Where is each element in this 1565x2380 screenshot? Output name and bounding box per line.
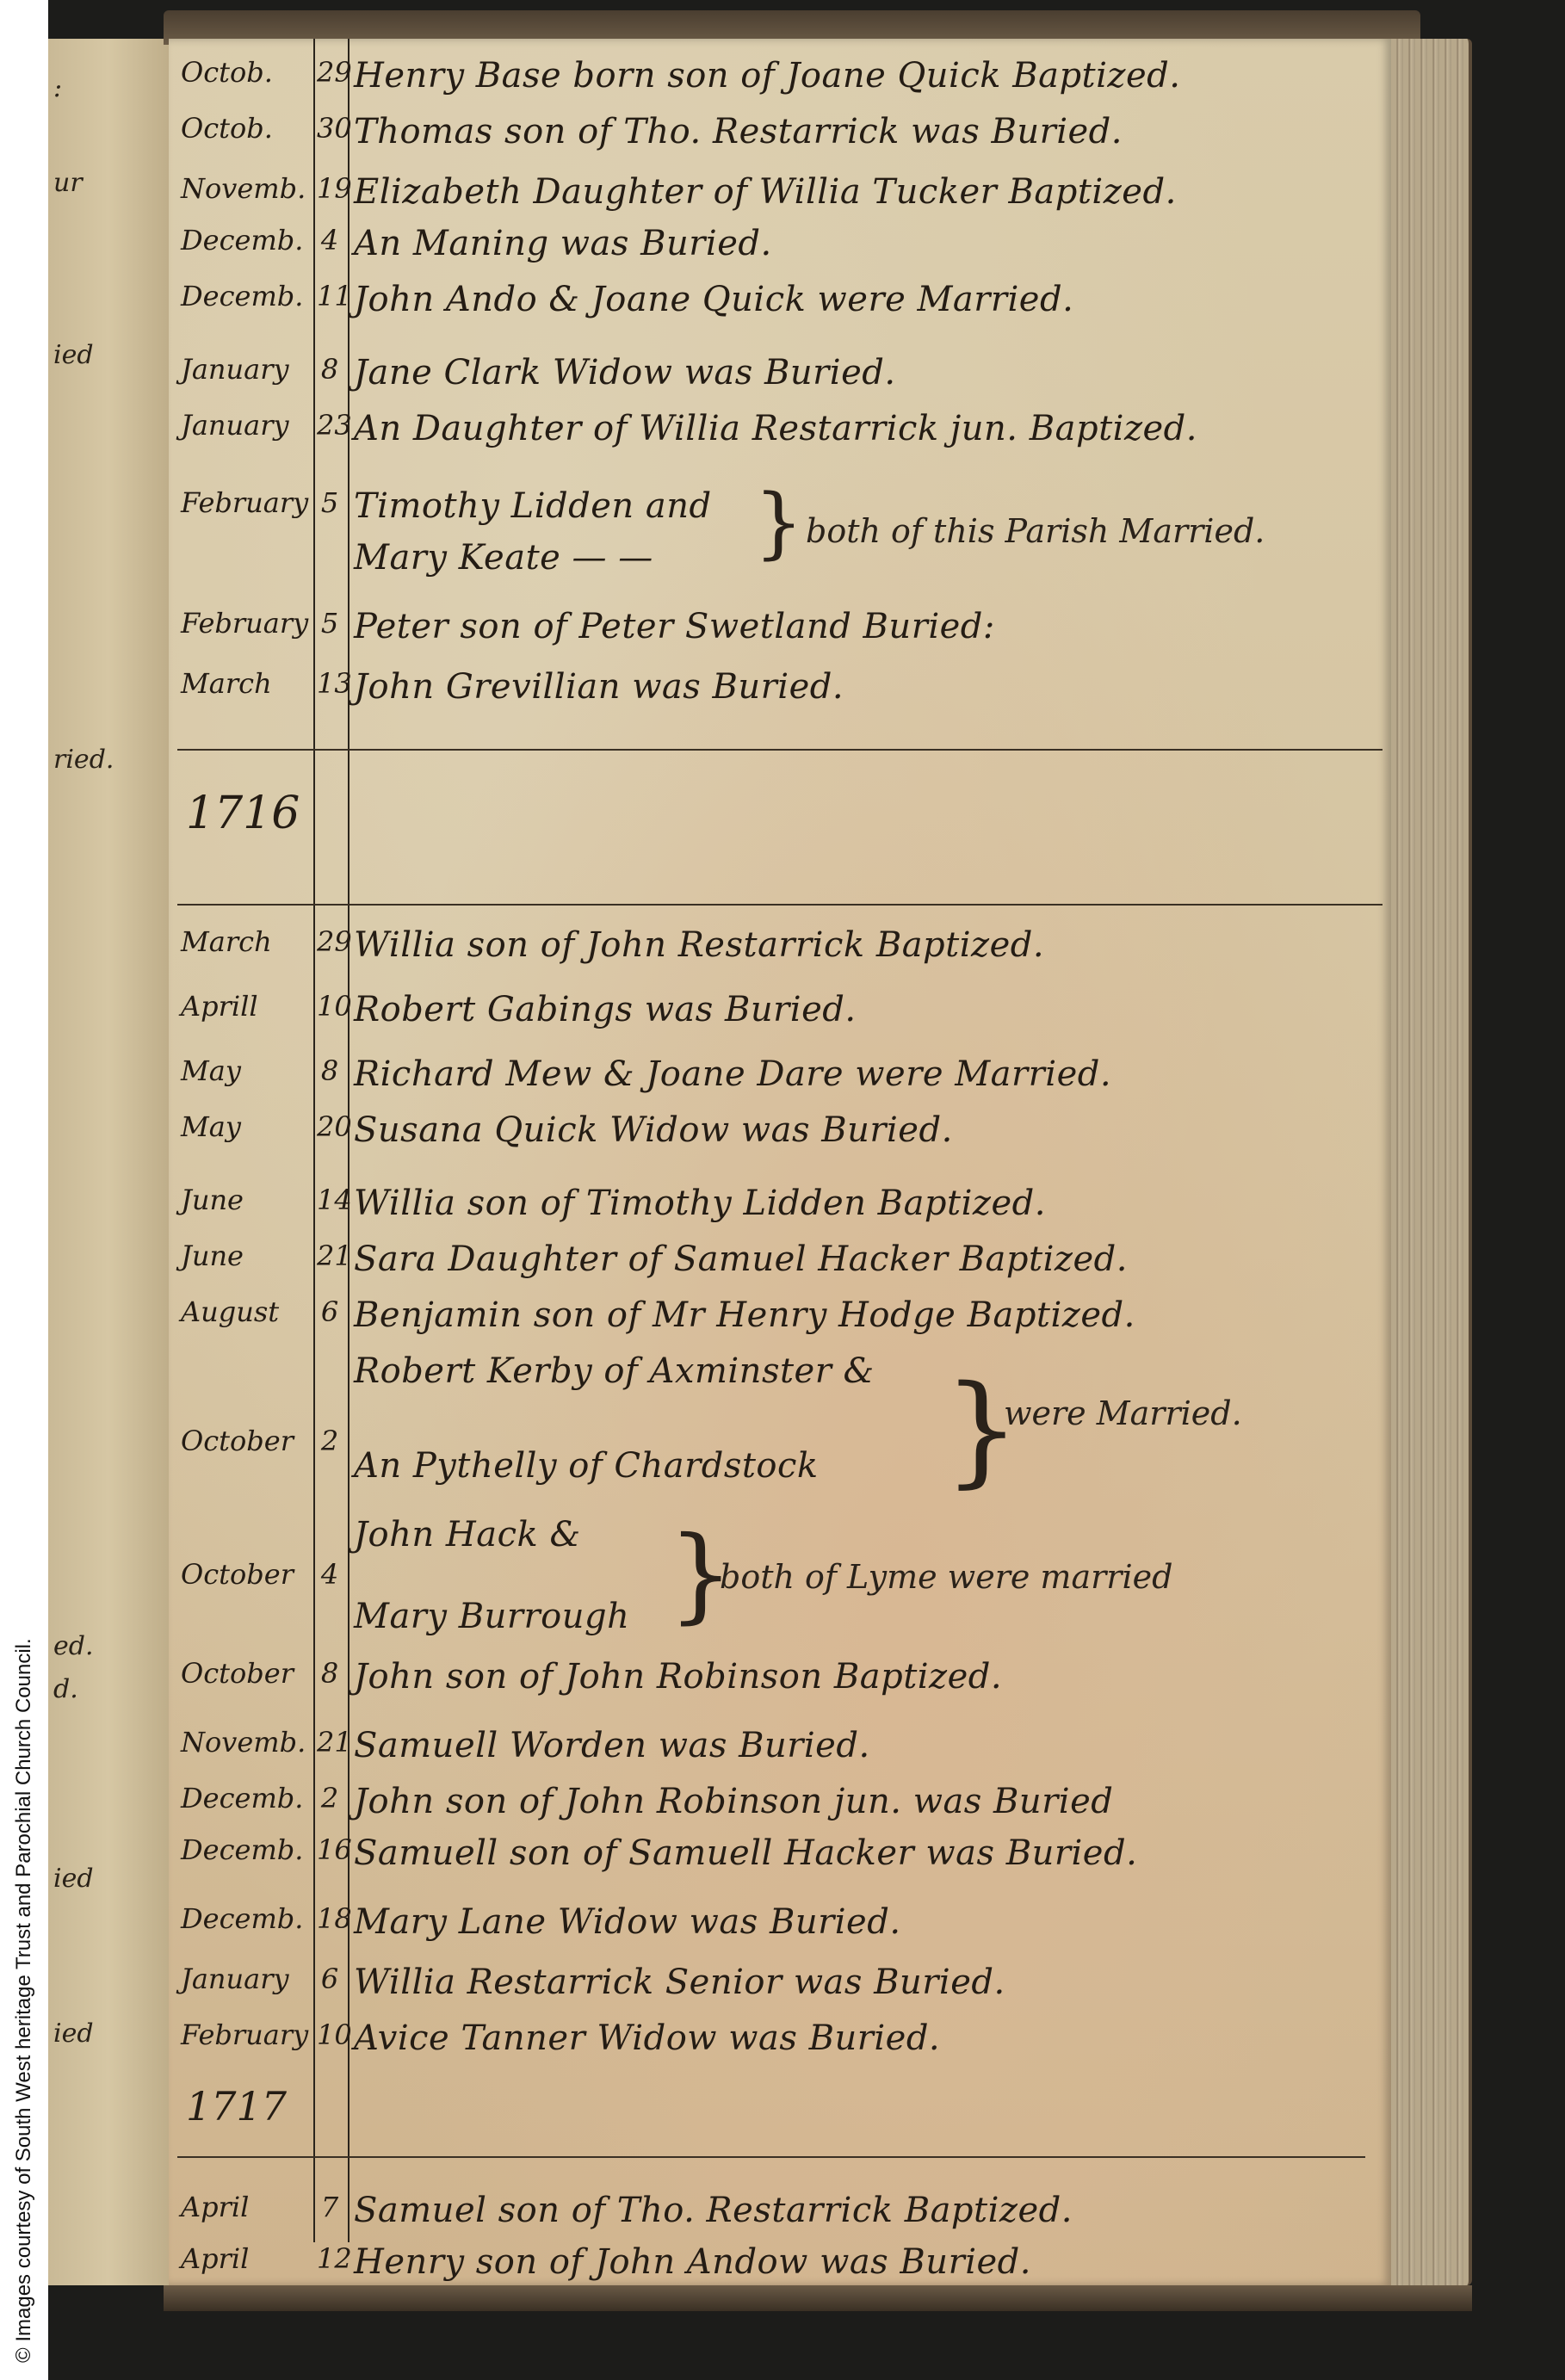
entry-text: John Ando & Joane Quick were Married. xyxy=(354,280,1073,319)
entry-text: John Grevillian was Buried. xyxy=(354,667,844,707)
facing-page-fragment: ried. xyxy=(53,745,114,775)
credit-strip: © Images courtesy of South West heritage… xyxy=(0,0,48,2380)
entry-text: Sara Daughter of Samuel Hacker Baptized. xyxy=(354,1239,1128,1279)
entry-day: 19 xyxy=(317,172,343,205)
entry-text: An Maning was Buried. xyxy=(354,224,772,263)
entry-text: Peter son of Peter Swetland Buried: xyxy=(354,607,995,646)
entry-text-line2: Mary Keate — — xyxy=(354,538,653,578)
entry-aside: were Married. xyxy=(1004,1394,1242,1432)
copyright-notice: © Images courtesy of South West heritage… xyxy=(12,1638,36,2363)
facing-page-fragment: d. xyxy=(53,1674,78,1704)
entry-month: October xyxy=(181,1558,310,1591)
entry-day: 14 xyxy=(317,1184,343,1216)
entry-day: 18 xyxy=(317,1902,343,1935)
entry-month: June xyxy=(181,1184,310,1216)
facing-page-fragment: ed. xyxy=(53,1631,94,1661)
section-divider xyxy=(177,749,1383,751)
entry-day: 4 xyxy=(317,1558,343,1591)
entry-month: May xyxy=(181,1054,310,1087)
entry-month: January xyxy=(181,353,310,386)
entry-month: Octob. xyxy=(181,56,310,89)
entry-day: 8 xyxy=(317,353,343,386)
entry-day: 5 xyxy=(317,486,343,519)
entry-day: 10 xyxy=(317,2018,343,2051)
facing-page-fragment: ied xyxy=(53,2018,94,2049)
entry-text: Samuel son of Tho. Restarrick Baptized. xyxy=(354,2191,1073,2230)
entry-month: Decemb. xyxy=(181,224,310,257)
entry-day: 8 xyxy=(317,1054,343,1087)
entry-aside: both of Lyme were married xyxy=(720,1558,1172,1596)
section-divider xyxy=(177,904,1383,906)
entry-text: Richard Mew & Joane Dare were Married. xyxy=(354,1054,1111,1094)
entry-month: February xyxy=(181,486,310,519)
entry-day: 29 xyxy=(317,56,343,89)
entry-day: 23 xyxy=(317,409,343,442)
entry-text: Susana Quick Widow was Buried. xyxy=(354,1110,953,1150)
entry-month: August xyxy=(181,1295,310,1328)
entry-text-line2: Mary Burrough xyxy=(354,1597,629,1636)
facing-page-fragment: ied xyxy=(53,1864,94,1894)
entry-month: June xyxy=(181,1239,310,1272)
entry-month: Decemb. xyxy=(181,280,310,312)
entry-month: Decemb. xyxy=(181,1782,310,1814)
page-stack-edge xyxy=(1391,39,1472,2285)
entry-month: February xyxy=(181,607,310,640)
entry-day: 11 xyxy=(317,280,343,312)
entry-text: Willia son of John Restarrick Baptized. xyxy=(354,925,1044,965)
entry-month: April xyxy=(181,2191,310,2223)
entry-day: 6 xyxy=(317,1963,343,1995)
entry-text: An Daughter of Willia Restarrick jun. Ba… xyxy=(354,409,1197,448)
entry-day: 5 xyxy=(317,607,343,640)
entry-month: Aprill xyxy=(181,990,310,1023)
entry-month: Novemb. xyxy=(181,172,310,205)
entry-text: Benjamin son of Mr Henry Hodge Baptized. xyxy=(354,1295,1135,1335)
register-page: Octob. 29 Henry Base born son of Joane Q… xyxy=(169,39,1391,2285)
entry-month: Novemb. xyxy=(181,1726,310,1759)
entry-text: John son of John Robinson jun. was Burie… xyxy=(354,1782,1113,1821)
entry-text: Willia Restarrick Senior was Buried. xyxy=(354,1963,1005,2002)
facing-page-fragment: ied xyxy=(53,340,94,370)
entry-text: Timothy Lidden and xyxy=(354,486,712,526)
entry-day: 29 xyxy=(317,925,343,958)
entry-text-line2: An Pythelly of Chardstock xyxy=(354,1446,819,1486)
entry-text: Elizabeth Daughter of Willia Tucker Bapt… xyxy=(354,172,1177,212)
entry-day: 6 xyxy=(317,1295,343,1328)
entry-text: Robert Gabings was Buried. xyxy=(354,990,857,1029)
facing-page-edge: : ur ied ried. ed. d. ied ied xyxy=(48,39,171,2285)
entry-text: Henry son of John Andow was Buried. xyxy=(354,2242,1031,2282)
entry-text: Willia son of Timothy Lidden Baptized. xyxy=(354,1184,1046,1223)
entry-text: Thomas son of Tho. Restarrick was Buried… xyxy=(354,112,1123,151)
entry-day: 13 xyxy=(317,667,343,700)
entry-day: 2 xyxy=(317,1782,343,1814)
entry-month: January xyxy=(181,409,310,442)
entry-month: October xyxy=(181,1425,310,1457)
entry-aside: both of this Parish Married. xyxy=(806,512,1265,550)
entry-day: 30 xyxy=(317,112,343,145)
brace-mark: } xyxy=(754,478,803,568)
entry-day: 7 xyxy=(317,2191,343,2223)
entry-day: 21 xyxy=(317,1726,343,1759)
entry-text: Samuell Worden was Buried. xyxy=(354,1726,870,1765)
entry-month: May xyxy=(181,1110,310,1143)
entry-day: 12 xyxy=(317,2242,343,2275)
entry-text: Jane Clark Widow was Buried. xyxy=(354,353,896,393)
entry-month: April xyxy=(181,2242,310,2275)
entry-month: March xyxy=(181,667,310,700)
section-divider xyxy=(177,2156,1365,2158)
entry-day: 21 xyxy=(317,1239,343,1272)
entry-text: John Hack & xyxy=(354,1515,581,1555)
entry-day: 10 xyxy=(317,990,343,1023)
entry-text: Avice Tanner Widow was Buried. xyxy=(354,2018,940,2058)
entry-text: Robert Kerby of Axminster & xyxy=(354,1351,875,1391)
entry-day: 20 xyxy=(317,1110,343,1143)
year-heading: 1717 xyxy=(186,2083,287,2130)
entry-month: October xyxy=(181,1657,310,1690)
entry-text: Henry Base born son of Joane Quick Bapti… xyxy=(354,56,1180,96)
date-column-rule xyxy=(313,39,315,2242)
entry-day: 8 xyxy=(317,1657,343,1690)
book-bottom-edge xyxy=(164,2285,1472,2311)
entry-month: March xyxy=(181,925,310,958)
entry-text: Mary Lane Widow was Buried. xyxy=(354,1902,901,1942)
entry-month: January xyxy=(181,1963,310,1995)
entry-month: February xyxy=(181,2018,310,2051)
entry-day: 16 xyxy=(317,1833,343,1866)
entry-text: John son of John Robinson Baptized. xyxy=(354,1657,1002,1697)
facing-page-fragment: : xyxy=(53,73,62,103)
entry-text: Samuell son of Samuell Hacker was Buried… xyxy=(354,1833,1137,1873)
entry-month: Octob. xyxy=(181,112,310,145)
entry-month: Decemb. xyxy=(181,1902,310,1935)
facing-page-fragment: ur xyxy=(53,168,83,198)
entry-day: 2 xyxy=(317,1425,343,1457)
entry-month: Decemb. xyxy=(181,1833,310,1866)
entry-day: 4 xyxy=(317,224,343,257)
year-heading: 1716 xyxy=(186,788,300,839)
